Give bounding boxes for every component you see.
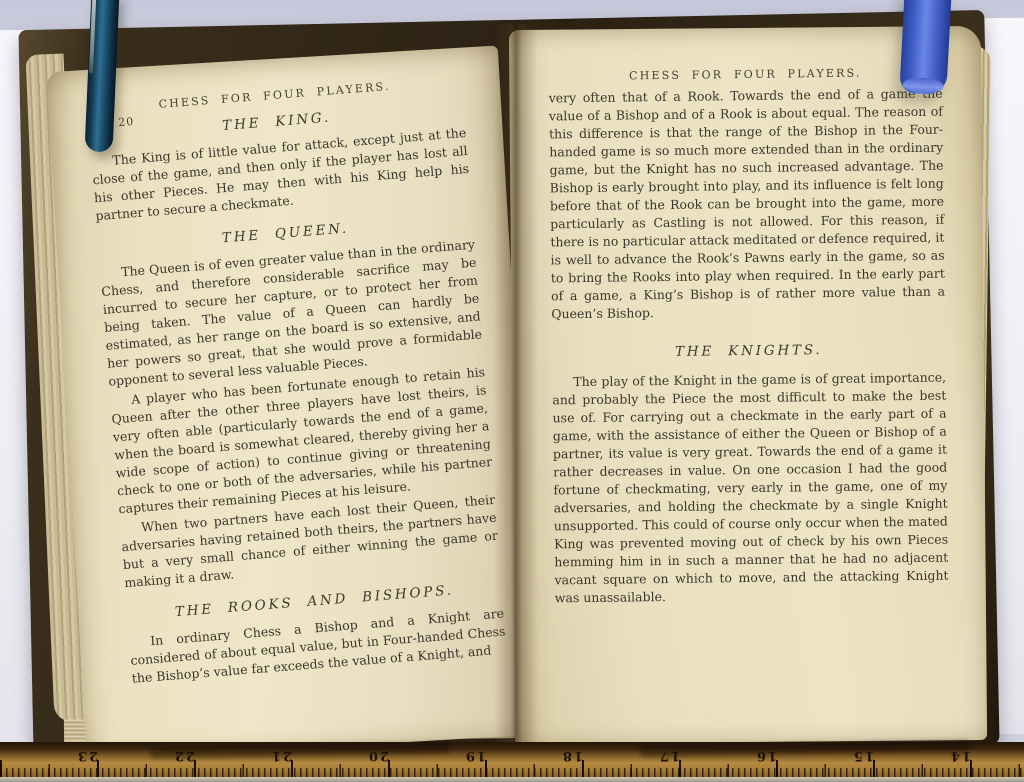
paragraph-continuation: very often that of a Rook. Towards the e… [549,85,946,324]
ruler-inch-ticks [0,760,1024,777]
wooden-ruler: 23 22 21 20 19 18 17 16 15 14 [0,742,1024,782]
paragraph: The play of the Knight in the game is of… [552,369,949,608]
running-header-title: CHESS FOR FOUR PLAYERS. [158,80,391,111]
section-heading-knights: THE KNIGHTS. [552,341,946,362]
right-page-text: CHESS FOR FOUR PLAYERS. 21 very often th… [548,66,949,610]
left-page-text: 20 CHESS FOR FOUR PLAYERS. THE KING. The… [87,74,508,690]
ruler-bottom-bevel [0,777,1024,782]
right-page: CHESS FOR FOUR PLAYERS. 21 very often th… [509,26,987,744]
pen-bright-blue [899,0,951,95]
ruler-brand-stamp [640,740,970,757]
running-header-title: CHESS FOR FOUR PLAYERS. [629,67,862,83]
page-number-left: 20 [118,115,135,129]
running-header-right: CHESS FOR FOUR PLAYERS. 21 [548,66,942,84]
left-page: 20 CHESS FOR FOUR PLAYERS. THE KING. The… [46,45,538,761]
